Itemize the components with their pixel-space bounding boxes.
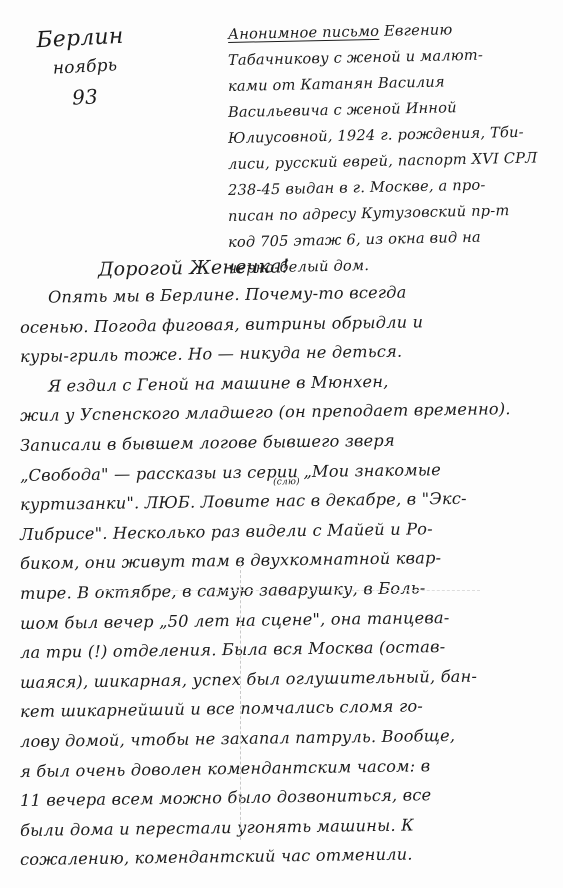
place-city: Берлин (19, 23, 140, 55)
salutation: Дорогой Женечка! (98, 255, 290, 280)
body-line: сожалению, комендантский час отменили. (20, 838, 550, 875)
letter-body: Опять мы в Берлине. Почему-то всегда осе… (20, 283, 550, 875)
letter-page: Берлин ноябрь 93 Анонимное письмо Евгени… (0, 0, 563, 888)
date-month: ноябрь (29, 51, 140, 83)
insertion-note: (слю) (273, 478, 300, 487)
paper-fold-line (240, 560, 242, 840)
word-with-insertion: (слю)нас (275, 491, 305, 510)
header-line-rest: Евгению (379, 21, 453, 40)
place-date: Берлин ноябрь 93 (30, 26, 140, 110)
paper-fold-line (100, 590, 480, 592)
date-year: 93 (29, 81, 140, 113)
letter-header: Анонимное письмо Евгению Табачникову с ж… (228, 22, 548, 282)
header-title-underlined: Анонимное письмо (228, 23, 380, 43)
